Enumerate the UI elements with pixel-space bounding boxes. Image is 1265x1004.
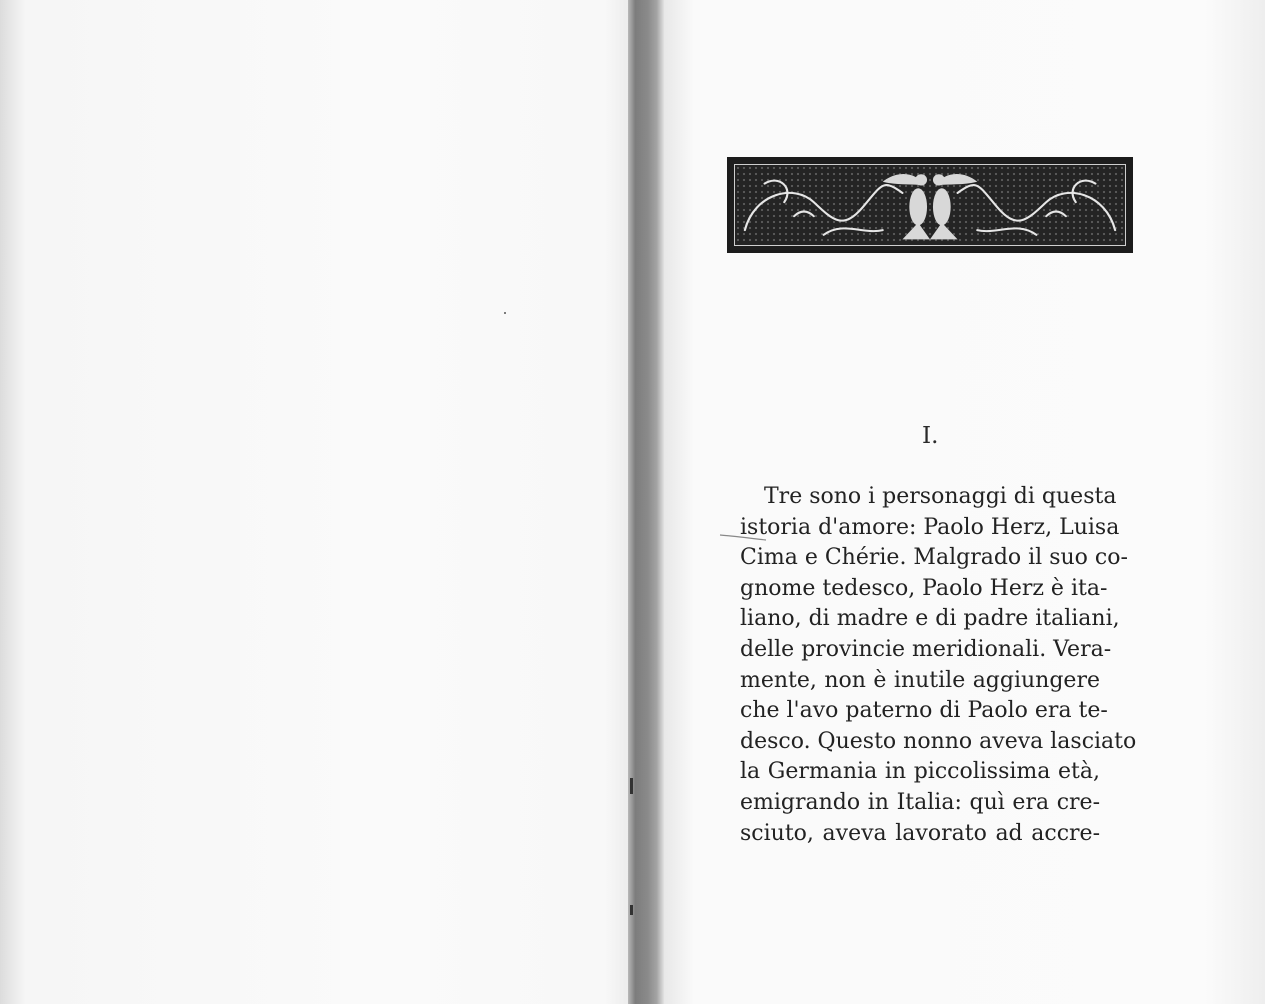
text-line: emigrando in Italia: quì era cre- (740, 788, 1100, 819)
text-line: Cima e Chérie. Malgrado il suo co- (740, 543, 1100, 574)
text-line: mente, non è inutile aggiungere (740, 666, 1100, 697)
text-line: istoria d'amore: Paolo Herz, Luisa (740, 513, 1100, 544)
chapter-number: I. (922, 423, 938, 449)
text-line: liano, di madre e di padre italiani, (740, 604, 1100, 635)
text-line: gnome tedesco, Paolo Herz è ita- (740, 574, 1100, 605)
book-spread: I. Tre sono i personaggi di questa istor… (0, 0, 1265, 1004)
book-gutter (628, 0, 664, 1004)
text-line: la Germania in piccolissima età, (740, 757, 1100, 788)
text-line: Tre sono i personaggi di questa (740, 482, 1100, 513)
text-line: desco. Questo nonno aveva lasciato (740, 727, 1100, 758)
gutter-ink-mark (630, 778, 633, 794)
ornamental-headpiece (727, 157, 1133, 253)
headpiece-engraving (734, 164, 1126, 246)
text-line: delle provincie meridionali. Vera- (740, 635, 1100, 666)
chapter-body-text: Tre sono i personaggi di questa istoria … (740, 482, 1100, 849)
foliate-scroll-icon (735, 165, 1125, 245)
gutter-ink-mark (630, 905, 633, 915)
text-line: che l'avo paterno di Paolo era te- (740, 696, 1100, 727)
text-line: sciuto, aveva lavorato ad accre- (740, 819, 1100, 850)
left-page-blank (0, 0, 630, 1004)
paper-speck (504, 312, 506, 314)
